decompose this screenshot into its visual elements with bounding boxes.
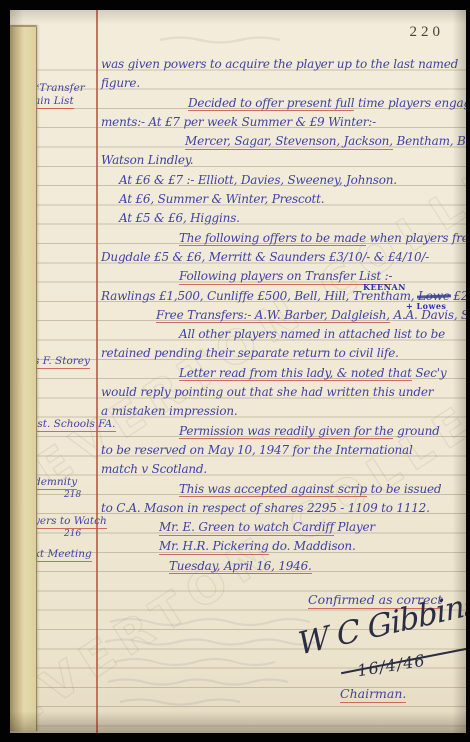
underlined-text: Mr. E. Green to watch Cardiff bbox=[159, 520, 334, 536]
margin-note-text: yers to Watch bbox=[34, 515, 98, 528]
underlined-text: The following offers to be made bbox=[179, 231, 366, 247]
margin-note: yers to Watch216 bbox=[34, 515, 98, 541]
manuscript-line: ments:- At £7 per week Summer & £9 Winte… bbox=[101, 115, 463, 134]
margin-note-text: s F. Storey bbox=[34, 355, 98, 368]
underlined-text: Decided to offer present full bbox=[188, 96, 354, 112]
underlined-text: Mercer, Sagar, Stevenson, Jackson, bbox=[185, 134, 393, 150]
handwritten-text: Watson Lindley. bbox=[101, 153, 193, 167]
margin-note-number: 216 bbox=[34, 528, 98, 541]
underlined-text: s F. Storey bbox=[34, 355, 90, 369]
handwritten-text: ground bbox=[393, 424, 439, 438]
manuscript-line: a mistaken impression. bbox=[101, 404, 463, 423]
inserted-annotation: + Lowes bbox=[406, 301, 446, 311]
handwritten-text: to C.A. Mason in respect of shares 2295 … bbox=[101, 501, 430, 515]
margin-note-text: ist. Schools FA. bbox=[34, 418, 98, 431]
inserted-annotation: KEENAN bbox=[363, 282, 406, 292]
underlined-text: xt Meeting bbox=[34, 548, 92, 562]
underlined-text: Permission was readily given for the bbox=[179, 424, 393, 440]
manuscript-line: Tuesday, April 16, 1946. bbox=[101, 559, 463, 578]
manuscript-line: retained pending their separate return t… bbox=[101, 346, 463, 365]
handwritten-text: time players engage- bbox=[354, 96, 466, 110]
manuscript-line: was given powers to acquire the player u… bbox=[101, 57, 463, 76]
handwritten-text: At £6 & £7 :- Elliott, Davies, Sweeney, … bbox=[119, 173, 397, 187]
underlined-text: ain List bbox=[34, 95, 74, 109]
manuscript-line: would reply pointing out that she had wr… bbox=[101, 385, 463, 404]
minute-book-page: EVERTON COLLECTION EVERTON COLLECTION 22… bbox=[10, 10, 466, 733]
manuscript-line: The following offers to be made when pla… bbox=[101, 231, 463, 250]
margin-note: xt Meeting bbox=[34, 548, 98, 561]
underlined-text: yers to Watch bbox=[34, 515, 107, 529]
handwritten-text: when players free to sign:- bbox=[366, 231, 466, 245]
manuscript-line: All other players named in attached list… bbox=[101, 327, 463, 346]
manuscript-line: At £6 & £7 :- Elliott, Davies, Sweeney, … bbox=[101, 173, 463, 192]
manuscript-line: At £5 & £6, Higgins. bbox=[101, 211, 463, 230]
manuscript-line: Free Transfers:- A.W. Barber, Dalgleish,… bbox=[101, 308, 463, 327]
underlined-text: Free Transfers:- A.W. Barber, Dalgleish, bbox=[156, 308, 390, 324]
underlined-text: Mr. H.R. Pickering bbox=[159, 539, 269, 555]
manuscript-line: Following players on Transfer List :- bbox=[101, 269, 463, 288]
handwritten-text: a mistaken impression. bbox=[101, 404, 238, 418]
manuscript-line: figure. bbox=[101, 76, 463, 95]
handwritten-text: Sec'y bbox=[412, 366, 447, 380]
manuscript-line: Letter read from this lady, & noted that… bbox=[101, 366, 463, 385]
handwritten-text: retained pending their separate return t… bbox=[101, 346, 399, 360]
handwritten-text: Bentham, Boyes, bbox=[393, 134, 466, 148]
margin-note-number: 218 bbox=[34, 489, 98, 502]
manuscript-line: This was accepted against scrip to be is… bbox=[101, 482, 463, 501]
handwritten-text: would reply pointing out that she had wr… bbox=[101, 385, 433, 399]
manuscript-line: match v Scotland. bbox=[101, 462, 463, 481]
manuscript-line: At £6, Summer & Winter, Prescott. bbox=[101, 192, 463, 211]
underlined-text: demnity bbox=[34, 476, 77, 490]
handwritten-text: match v Scotland. bbox=[101, 462, 207, 476]
manuscript-line: Permission was readily given for the gro… bbox=[101, 424, 463, 443]
handwritten-text: Player bbox=[334, 520, 375, 534]
margin-note-text: *Transfer bbox=[34, 82, 98, 95]
scan-background: EVERTON COLLECTION EVERTON COLLECTION 22… bbox=[0, 0, 470, 742]
manuscript-line: Watson Lindley. bbox=[101, 153, 463, 172]
handwritten-text: do. Maddison. bbox=[269, 539, 356, 553]
underlined-text: Tuesday, April 16, 1946. bbox=[169, 559, 312, 575]
manuscript-line: Mercer, Sagar, Stevenson, Jackson, Benth… bbox=[101, 134, 463, 153]
underlined-text: Following players on Transfer List :- bbox=[179, 269, 392, 285]
manuscript-line: Dugdale £5 & £6, Merritt & Saunders £3/1… bbox=[101, 250, 463, 269]
handwritten-text: Dugdale £5 & £6, Merritt & Saunders £3/1… bbox=[101, 250, 429, 264]
margin-note: demnity218 bbox=[34, 476, 98, 502]
handwritten-text: was given powers to acquire the player u… bbox=[101, 57, 458, 71]
manuscript-line: Mr. H.R. Pickering do. Maddison. bbox=[101, 539, 463, 558]
margin-note-text: ain List bbox=[34, 95, 98, 108]
margin-note-text: demnity bbox=[34, 476, 98, 489]
underlined-text: This was accepted against scrip bbox=[179, 482, 367, 498]
handwritten-text: figure. bbox=[101, 76, 140, 90]
page-number: 220 bbox=[410, 24, 445, 41]
margin-rule-line bbox=[96, 10, 98, 733]
manuscript-line: to C.A. Mason in respect of shares 2295 … bbox=[101, 501, 463, 520]
margin-note-text: xt Meeting bbox=[34, 548, 98, 561]
handwritten-text: to be reserved on May 10, 1947 for the I… bbox=[101, 443, 413, 457]
adjacent-page-edge bbox=[10, 25, 37, 731]
handwritten-text: All other players named in attached list… bbox=[179, 327, 445, 341]
manuscript-line: Decided to offer present full time playe… bbox=[101, 96, 463, 115]
margin-note: ist. Schools FA. bbox=[34, 418, 98, 431]
margin-note: s F. Storey bbox=[34, 355, 98, 368]
handwritten-text: £250. bbox=[450, 289, 466, 303]
handwritten-text: ments:- At £7 per week Summer & £9 Winte… bbox=[101, 115, 376, 129]
handwritten-text: to be issued bbox=[367, 482, 441, 496]
handwritten-text: At £5 & £6, Higgins. bbox=[119, 211, 240, 225]
underlined-text: Letter read from this lady, & noted that bbox=[179, 366, 412, 382]
handwritten-text: At £6, Summer & Winter, Prescott. bbox=[119, 192, 324, 206]
manuscript-line: Mr. E. Green to watch Cardiff Player bbox=[101, 520, 463, 539]
margin-note: *Transferain List bbox=[34, 82, 98, 108]
manuscript-line: to be reserved on May 10, 1947 for the I… bbox=[101, 443, 463, 462]
manuscript-text: was given powers to acquire the player u… bbox=[101, 57, 463, 578]
